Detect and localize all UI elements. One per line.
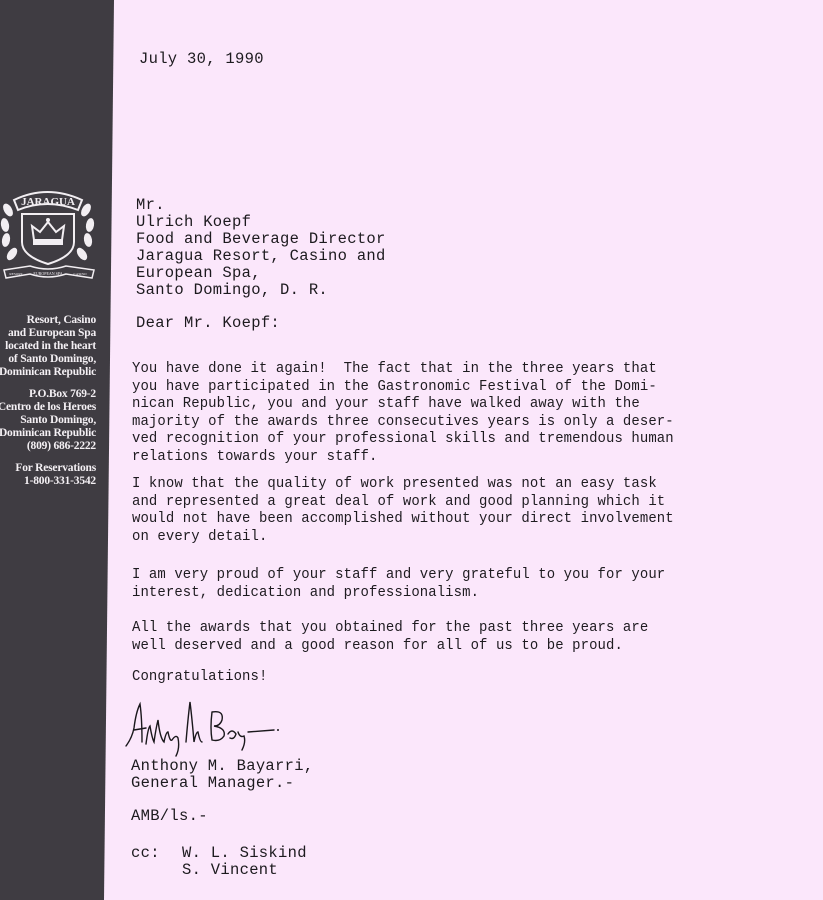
hotel-address: P.O.Box 769-2 Centro de los Heroes Santo… [0, 388, 96, 453]
paragraph-line: would not have been accomplished without… [132, 510, 764, 528]
paragraph-2: I know that the quality of work presente… [132, 475, 764, 545]
cc-label: cc: [131, 845, 160, 862]
cc-recipient: W. L. Siskind [182, 845, 307, 862]
paragraph-line: You have done it again! The fact that in… [132, 360, 764, 378]
description-line: Resort, Casino [0, 314, 96, 327]
paragraph-1: You have done it again! The fact that in… [132, 360, 764, 465]
address-line: Centro de los Heroes [0, 401, 96, 414]
paragraph-line: interest, dedication and professionalism… [132, 584, 764, 602]
svg-text:RESORT: RESORT [9, 272, 23, 276]
address-line: P.O.Box 769-2 [0, 388, 96, 401]
paragraph-line: nican Republic, you and your staff have … [132, 395, 764, 413]
description-line: Dominican Republic [0, 366, 96, 379]
paragraph-line: I am very proud of your staff and very g… [132, 566, 764, 584]
paragraph-line: All the awards that you obtained for the… [132, 619, 764, 637]
paragraph-4: All the awards that you obtained for the… [132, 619, 764, 654]
hotel-description: Resort, Casino and European Spa located … [0, 314, 96, 379]
cc-recipient: S. Vincent [182, 862, 278, 879]
paragraph-line: you have participated in the Gastronomic… [132, 378, 764, 396]
closing: Congratulations! [132, 668, 764, 686]
handwritten-signature-icon [124, 698, 324, 758]
recipient-line: Jaragua Resort, Casino and [136, 248, 386, 265]
description-line: and European Spa [0, 327, 96, 340]
reservations-label: For Reservations [0, 462, 96, 475]
address-line: Dominican Republic [0, 427, 96, 440]
recipient-line: Ulrich Koepf [136, 214, 251, 231]
closing-text: Congratulations! [132, 668, 764, 686]
signer-title: General Manager.- [131, 775, 294, 792]
phone-number: (809) 686-2222 [0, 440, 96, 453]
paragraph-line: and represented a great deal of work and… [132, 493, 764, 511]
address-line: Santo Domingo, [0, 414, 96, 427]
jaragua-crest-logo-icon: JARAGUA EUROPEAN SPA RESORT CASINO [0, 180, 100, 285]
recipient-line: Mr. [136, 197, 165, 214]
paragraph-line: majority of the awards three consecutive… [132, 413, 764, 431]
paragraph-line: I know that the quality of work presente… [132, 475, 764, 493]
recipient-line: Food and Beverage Director [136, 231, 386, 248]
description-line: located in the heart [0, 340, 96, 353]
salutation: Dear Mr. Koepf: [136, 315, 280, 332]
reservations-info: For Reservations 1-800-331-3542 [0, 462, 96, 488]
recipient-line: Santo Domingo, D. R. [136, 282, 328, 299]
reference-initials: AMB/ls.- [131, 808, 208, 825]
svg-text:EUROPEAN SPA: EUROPEAN SPA [33, 271, 62, 276]
letter-date: July 30, 1990 [139, 51, 264, 68]
recipient-line: European Spa, [136, 265, 261, 282]
svg-text:CASINO: CASINO [73, 272, 87, 276]
paragraph-line: well deserved and a good reason for all … [132, 637, 764, 655]
paragraph-line: ved recognition of your professional ski… [132, 430, 764, 448]
description-line: of Santo Domingo, [0, 353, 96, 366]
paragraph-3: I am very proud of your staff and very g… [132, 566, 764, 601]
reservations-phone: 1-800-331-3542 [0, 475, 96, 488]
paragraph-line: on every detail. [132, 528, 764, 546]
paragraph-line: relations towards your staff. [132, 448, 764, 466]
svg-text:JARAGUA: JARAGUA [21, 196, 75, 208]
signer-name: Anthony M. Bayarri, [131, 758, 313, 775]
letterhead-sidebar: JARAGUA EUROPEAN SPA RESORT CASINO Resor… [0, 0, 115, 900]
